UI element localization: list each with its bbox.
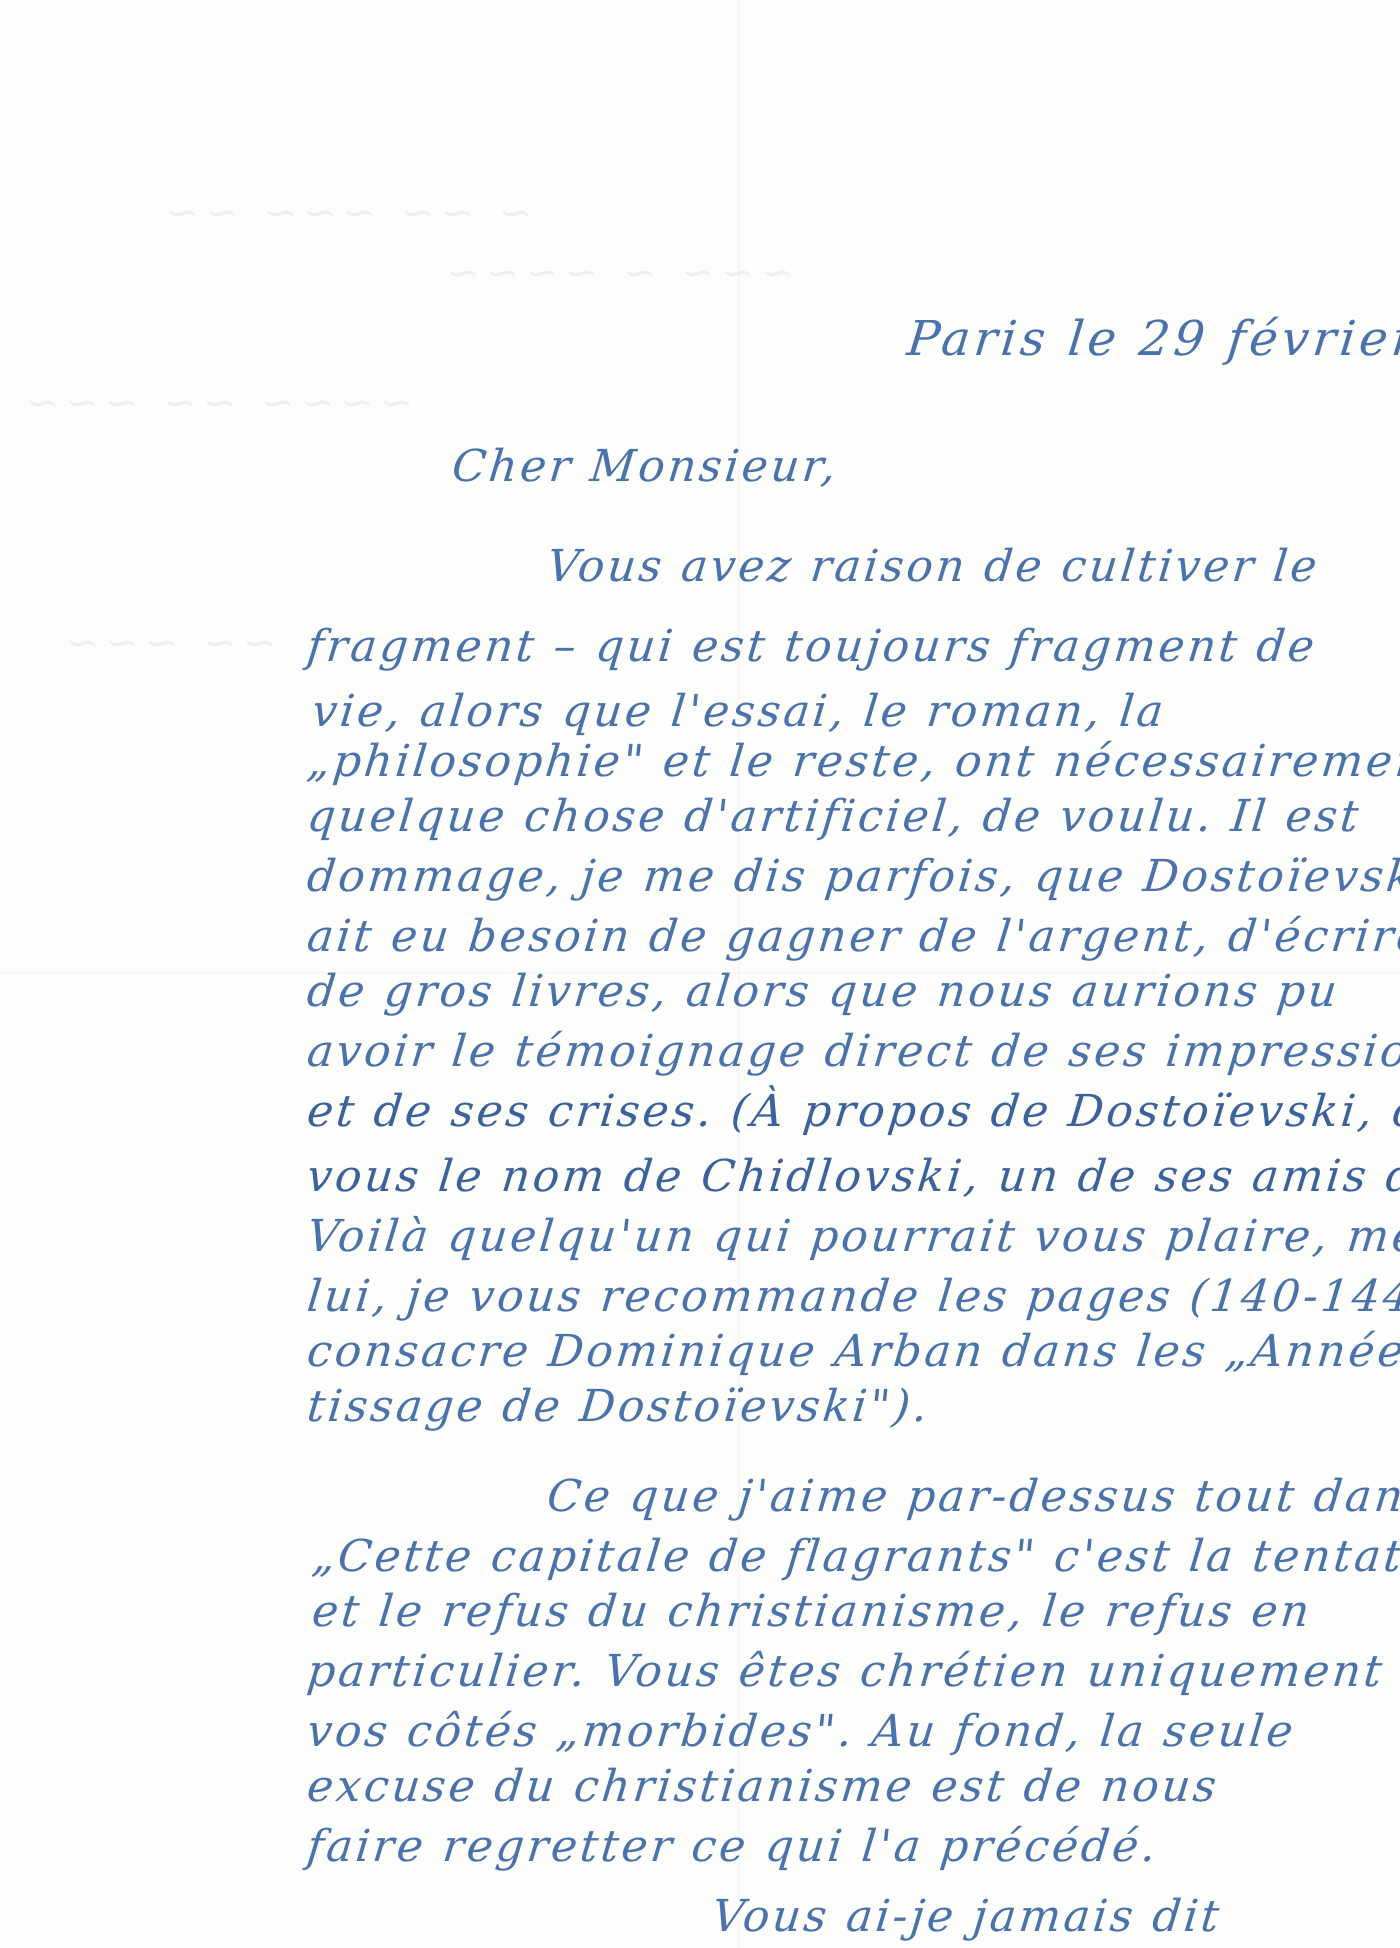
body-line: faire regretter ce qui l'a précédé. [305,1825,1161,1869]
body-line: ait eu besoin de gagner de l'argent, d'é… [305,915,1400,959]
body-line: vie, alors que l'essai, le roman, la [310,690,1168,734]
body-line: consacre Dominique Arban dans les „Année… [305,1330,1400,1374]
body-line: avoir le témoignage direct de ses impres… [305,1030,1400,1074]
body-line: Ce que j'aime par-dessus tout dans [545,1475,1400,1519]
body-line: et le refus du christianisme, le refus e… [310,1590,1314,1634]
body-line: fragment – qui est toujours fragment de [305,625,1319,669]
body-line: vous le nom de Chidlovski, un de ses ami… [305,1155,1400,1199]
dateline: Paris le 29 février 1976 [905,315,1400,363]
salutation: Cher Monsieur, [450,445,841,489]
body-line: „Cette capitale de flagrants" c'est la t… [310,1535,1400,1579]
body-line: vos côtés „morbides". Au fond, la seule [305,1710,1298,1754]
reverse-side-showthrough: ~ ~~ ~~~ ~~ [160,190,532,236]
body-line: „philosophie" et le reste, ont nécessair… [305,740,1400,784]
letter-page: ~ ~~ ~~~ ~~ ~~~ ~ ~~~~ ~~~~ ~~ ~~~ ~~ ~~… [0,0,1400,1948]
body-line: Vous avez raison de cultiver le [545,545,1322,589]
body-line: lui, je vous recommande les pages (140-1… [305,1275,1400,1319]
body-line: et de ses crises. (À propos de Dostoïevs… [305,1090,1400,1134]
reverse-side-showthrough: ~~ ~~~ [60,620,276,666]
body-line: Voilà quelqu'un qui pourrait vous plaire… [305,1215,1400,1259]
body-line: quelque chose d'artificiel, de voulu. Il… [305,795,1363,839]
reverse-side-showthrough: ~~~~ ~~ ~~~ [20,380,413,426]
body-line: de gros livres, alors que nous aurions p… [305,970,1342,1014]
reverse-side-showthrough: ~~~ ~ ~~~~ [440,250,794,296]
body-line: Vous ai-je jamais dit [710,1895,1224,1939]
body-line: particulier. Vous êtes chrétien uniqueme… [305,1650,1400,1694]
body-line: excuse du christianisme est de nous [305,1765,1221,1809]
body-line: dommage, je me dis parfois, que Dostoïev… [305,855,1400,899]
body-line: tissage de Dostoïevski"). [305,1385,932,1429]
